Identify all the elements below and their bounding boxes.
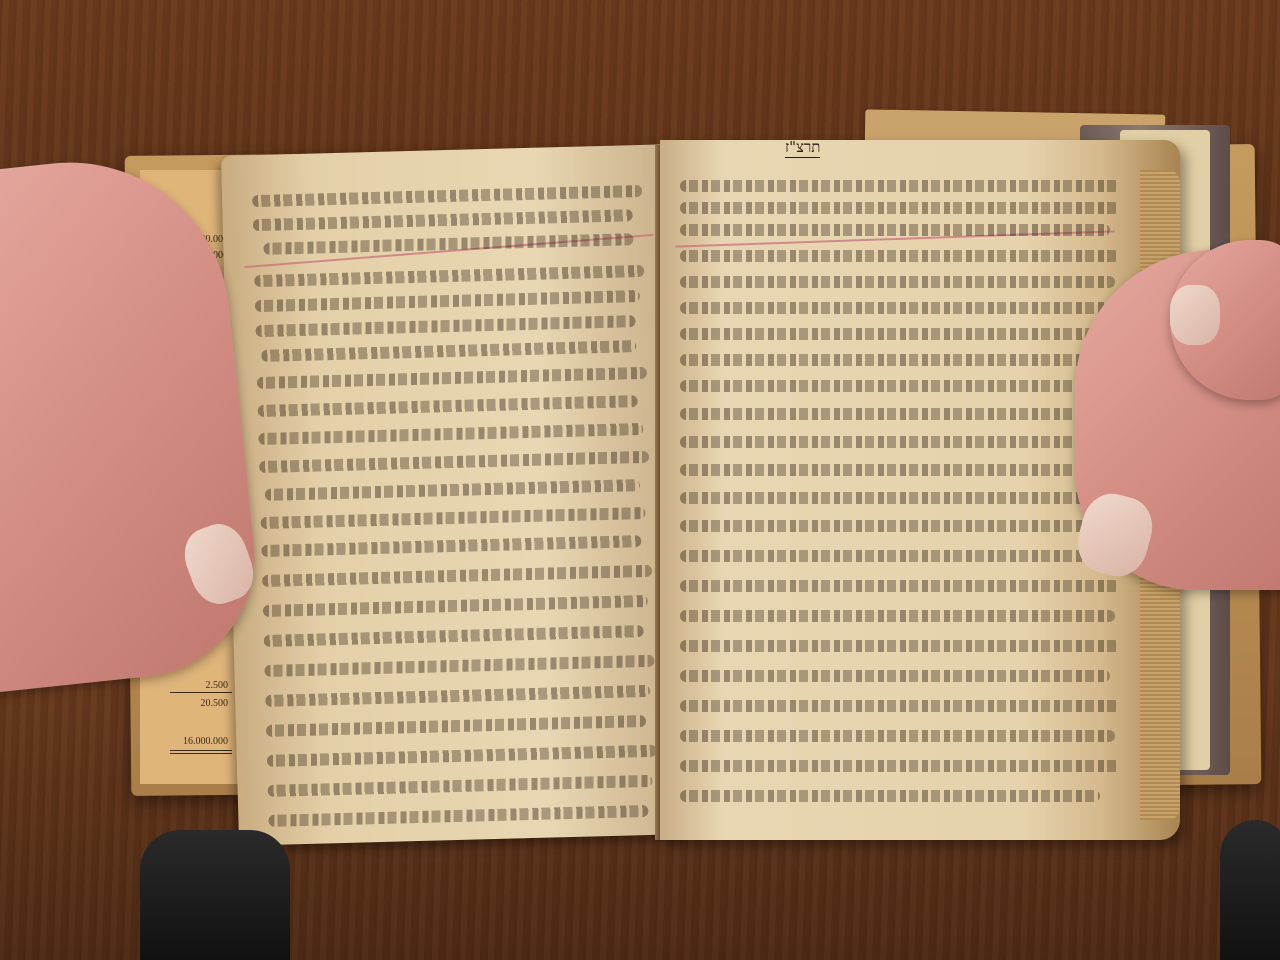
handwriting-line (268, 775, 653, 797)
handwriting-line (259, 451, 649, 473)
handwriting-line (254, 265, 644, 287)
handwriting-line (680, 640, 1120, 652)
handwriting-line (680, 436, 1110, 448)
handwriting-line (265, 479, 640, 501)
handwriting-line (680, 550, 1110, 562)
shoe-left (140, 830, 290, 960)
handwriting-line (680, 380, 1115, 392)
page-heading: תרצ"ז (785, 138, 820, 158)
handwriting-line (680, 302, 1120, 314)
handwriting-line (680, 610, 1115, 622)
handwriting-line (680, 670, 1110, 682)
handwriting-line (268, 805, 648, 827)
handwriting-line (258, 423, 643, 445)
open-notebook (215, 140, 1190, 845)
handwriting-line (261, 535, 641, 557)
handwriting-line (262, 565, 652, 587)
handwriting-line (266, 715, 646, 737)
handwriting-line (265, 685, 650, 707)
handwriting-line (680, 760, 1120, 772)
handwriting-line (264, 625, 644, 647)
handwriting-line (258, 395, 638, 417)
shoe-right (1220, 820, 1280, 960)
handwriting-line (680, 202, 1120, 214)
handwriting-line (680, 354, 1120, 366)
handwriting-line (680, 328, 1110, 340)
handwriting-line (261, 507, 646, 529)
handwriting-line (255, 290, 640, 312)
right-fingernail (1170, 285, 1220, 345)
handwriting-line (264, 655, 654, 677)
handwriting-line (680, 224, 1110, 236)
handwriting-line (680, 730, 1115, 742)
handwriting-line (261, 340, 636, 362)
handwriting-line (680, 408, 1120, 420)
handwriting-line (680, 580, 1120, 592)
handwriting-line (680, 464, 1120, 476)
handwriting-line (257, 367, 647, 389)
handwriting-line (680, 276, 1115, 288)
handwriting-line (253, 209, 633, 231)
left-page (221, 144, 684, 845)
handwriting-line (267, 745, 657, 767)
handwriting-line (263, 595, 648, 617)
handwriting-line (252, 185, 642, 207)
handwriting-line (680, 250, 1120, 262)
handwriting-line (680, 700, 1120, 712)
handwriting-line (680, 520, 1120, 532)
handwriting-line (680, 492, 1115, 504)
handwriting-line (255, 315, 635, 337)
handwriting-line (680, 790, 1100, 802)
handwriting-line (680, 180, 1120, 192)
